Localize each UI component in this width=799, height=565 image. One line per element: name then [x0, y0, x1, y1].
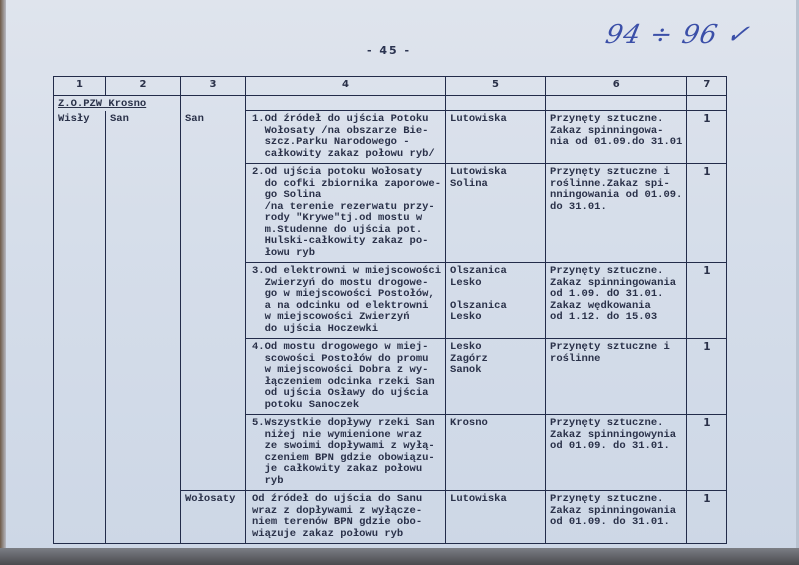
section-description: 4.Od mostu drogowego w miej- scowości Po…	[246, 339, 446, 415]
count-cell: 1	[687, 263, 727, 339]
region-row: Z.O.PZW Krosno	[54, 96, 727, 111]
river-cell: San	[106, 111, 181, 544]
handwritten-note: 94 ÷ 96 ✓	[603, 20, 753, 50]
section-description: 2.Od ujścia potoku Wołosaty do cofki zbi…	[246, 164, 446, 263]
region-label: Z.O.PZW Krosno	[58, 98, 146, 110]
page-number: - 45 -	[367, 44, 411, 57]
column-header-4: 4	[246, 77, 446, 96]
fishing-rules-cell: Przynęty sztuczne i roślinne	[546, 339, 687, 415]
section-description: 3.Od elektrowni w miejscowości Zwierzyń …	[246, 263, 446, 339]
water-body-cell: Wołosaty	[181, 491, 246, 544]
water-body-cell: San	[181, 111, 246, 491]
municipality-cell: Lutowiska	[446, 111, 546, 164]
column-header-2: 2	[106, 77, 181, 96]
fishing-rules-cell: Przynęty sztuczne. Zakaz spinningowania …	[546, 263, 687, 339]
municipality-cell: Lutowiska Solina	[446, 164, 546, 263]
count-cell: 1	[687, 164, 727, 263]
fishing-rules-cell: Przynęty sztuczne i roślinne.Zakaz spi- …	[546, 164, 687, 263]
table-row: WisłySanSan1.Od źródeł do ujścia Potoku …	[54, 111, 727, 164]
municipality-cell: Lesko Zagórz Sanok	[446, 339, 546, 415]
column-header-5: 5	[446, 77, 546, 96]
column-header-7: 7	[687, 77, 727, 96]
fishing-regulations-table: 1 2 3 4 5 6 7 Z.O.PZW Krosno WisłySanSan…	[53, 76, 727, 544]
municipality-cell: Krosno	[446, 415, 546, 491]
fishing-rules-cell: Przynęty sztuczne. Zakaz spinningowa- ni…	[546, 111, 687, 164]
column-header-6: 6	[546, 77, 687, 96]
column-number-header-row: 1 2 3 4 5 6 7	[54, 77, 727, 96]
page-bottom-edge	[0, 548, 799, 565]
count-cell: 1	[687, 339, 727, 415]
section-description: Od źródeł do ujścia do Sanu wraz z dopły…	[246, 491, 446, 544]
fishing-rules-cell: Przynęty sztuczne. Zakaz spinningowynia …	[546, 415, 687, 491]
section-description: 5.Wszystkie dopływy rzeki San niżej nie …	[246, 415, 446, 491]
count-cell: 1	[687, 111, 727, 164]
municipality-cell: Lutowiska	[446, 491, 546, 544]
column-header-3: 3	[181, 77, 246, 96]
column-header-1: 1	[54, 77, 106, 96]
fishing-rules-cell: Przynęty sztuczne. Zakaz spinningowania …	[546, 491, 687, 544]
basin-cell: Wisły	[54, 111, 106, 544]
count-cell: 1	[687, 491, 727, 544]
count-cell: 1	[687, 415, 727, 491]
municipality-cell: Olszanica Lesko Olszanica Lesko	[446, 263, 546, 339]
section-description: 1.Od źródeł do ujścia Potoku Wołosaty /n…	[246, 111, 446, 164]
